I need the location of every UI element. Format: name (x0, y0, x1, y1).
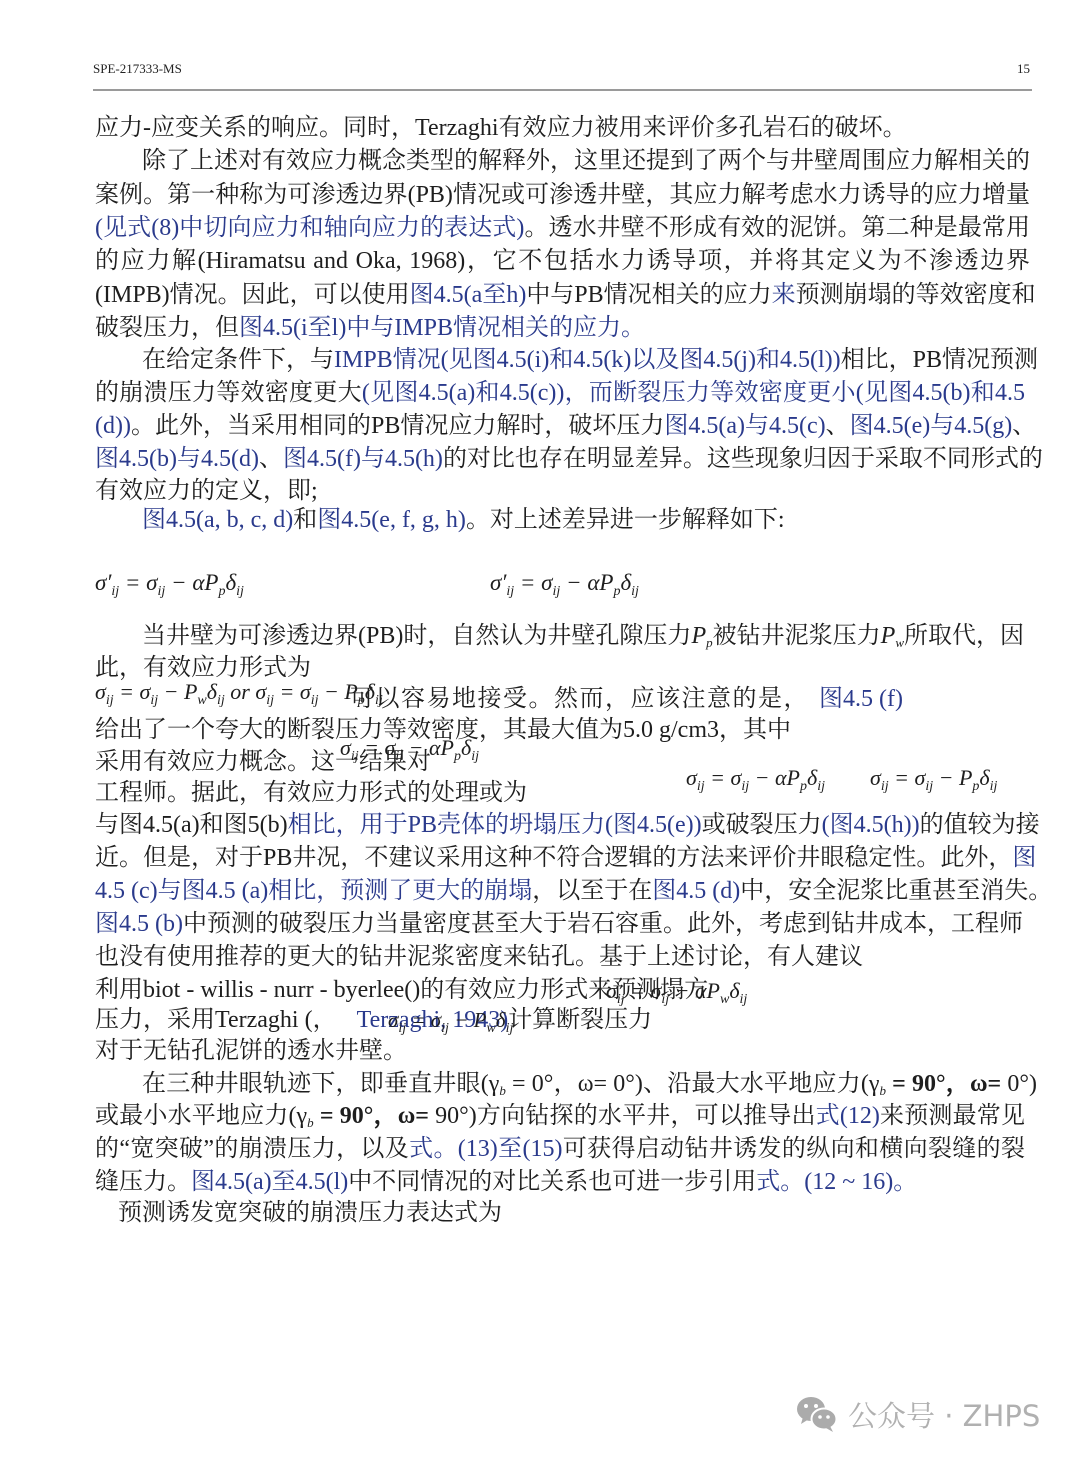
formula-subscript: ij (881, 779, 889, 794)
formula-subscript: ij (506, 584, 514, 599)
text-segment: ，以至于在 (532, 878, 652, 904)
formula-subscript: ij (441, 1021, 449, 1036)
watermark-label: 公众号 · ZHPS (848, 1394, 1040, 1435)
text-line: (见式(8)中切向应力和轴向应力的表达式)。透水井壁不形成有效的泥饼。第二种是最… (95, 212, 1030, 245)
formula-subscript: ij (398, 1021, 406, 1036)
header-divider (93, 89, 1032, 91)
text-line: 的应力解(Hiramatsu and Oka, 1968)，它不包括水力诱导项，… (95, 245, 1030, 278)
text-segment: 与图4.5(a)和图5(b) (95, 812, 288, 838)
text-line: 可以容易地接受。然而，应该注意的是，图4.5 (f) (350, 683, 903, 716)
cross-reference-link[interactable]: 图4.5 (b) (95, 911, 183, 937)
text-segment: 。透水井壁不形成有效的泥饼。第二种是最常用 (524, 215, 1030, 241)
formula-term: δ (225, 570, 236, 595)
text-line: 缝压力。图4.5(a)至4.5(l)中不同情况的对比关系也可进一步引用式。(12… (95, 1166, 917, 1199)
text-line: 图4.5(a, b, c, d)和图4.5(e, f, g, h)。对上述差异进… (142, 504, 785, 537)
text-segment: 的应力解(Hiramatsu and Oka, 1968)，它不包括水力诱导项，… (95, 248, 1030, 274)
formula-subscript: w (720, 992, 729, 1007)
pore-pressure-symbol: P (691, 623, 706, 649)
cross-reference-link[interactable]: 图4.5(a)与4.5(c) (664, 413, 825, 439)
text-segment: 采用有效应力概念。这一结果对 (95, 749, 431, 775)
formula-subscript: ij (661, 992, 669, 1007)
text-segment: 的值较为接 (920, 812, 1040, 838)
page-number: 15 (1017, 61, 1030, 77)
text-segment: 被钻井泥浆压力 (713, 623, 881, 649)
formula-subscript: ij (506, 1021, 514, 1036)
text-segment: 预测崩塌的等效密度和 (796, 282, 1036, 308)
formula-term: − αP (560, 570, 613, 595)
cross-reference-link[interactable]: 图4.5(e)与4.5(g) (850, 413, 1013, 439)
formula-term: σ (686, 765, 697, 790)
formula-term: σ (870, 765, 881, 790)
text-segment: 、 (1012, 413, 1036, 439)
formula-subscript: ij (150, 693, 158, 708)
formula-subscript: ij (697, 779, 705, 794)
text-line: 除了上述对有效应力概念类型的解释外，这里还提到了两个与井壁周围应力解相关的 (142, 145, 1030, 178)
formula-subscript: ij (925, 779, 933, 794)
text-segment: 。此外，当采用相同的PB情况应力解时，破坏压力 (131, 413, 664, 439)
document-page: SPE-217333-MS 15 应力-应变关系的响应。同时，Terzaghi有… (0, 0, 1080, 1457)
text-segment: 案例。第一种称为可渗透边界(PB)情况或可渗透井壁，其应力解考虑水力诱导的应力增… (95, 182, 1030, 208)
cross-reference-link[interactable]: (见式(8)中切向应力和轴向应力的表达式) (95, 215, 524, 241)
text-line: 与图4.5(a)和图5(b)相比，用于PB壳体的坍塌压力(图4.5(e))或破裂… (95, 809, 1030, 842)
text-segment: 近。但是，对于PB井况，不建议采用这种不符合逻辑的方法来评价井眼稳定性。此外， (95, 845, 1012, 871)
text-segment: 相比，PB情况预测 (841, 347, 1038, 373)
formula-term: = σ (114, 679, 151, 704)
formula-term: σ (388, 1008, 398, 1032)
formula-subscript: ij (217, 693, 225, 708)
cross-reference-link[interactable]: 图4.5(a至h) (410, 282, 527, 308)
text-segment: 、 (826, 413, 850, 439)
cross-reference-link[interactable]: 相比，用于PB壳体的坍塌压力(图4.5(e)) (288, 812, 702, 838)
formula-effective-stress-biot: σ′ij = σij − αPpδij (490, 566, 639, 599)
cross-reference-link[interactable]: 图4.5(a, b, c, d) (142, 507, 293, 533)
text-segment: 0°) (1001, 1071, 1037, 1097)
text-segment: (IMPB)情况。因此，可以使用 (95, 282, 410, 308)
formula-term: = σ (625, 978, 662, 1003)
text-segment: 当井壁为可渗透边界(PB)时，自然认为井壁孔隙压力 (142, 623, 691, 649)
text-line: 图4.5 (b)中预测的破裂压力当量密度甚至大于岩石容重。此外，考虑到钻井成本，… (95, 908, 1023, 941)
text-segment: 可获得启动钻井诱发的纵向和横向裂缝的裂 (562, 1136, 1025, 1162)
cross-reference-link[interactable]: 图4.5(f)与4.5(h) (283, 446, 443, 472)
formula-term: σ′ (490, 570, 506, 595)
text-segment-bold: = 90°，ω= (314, 1103, 429, 1129)
formula-subscript: ij (111, 584, 119, 599)
mud-pressure-symbol: P (881, 623, 896, 649)
formula-subscript: ij (990, 779, 998, 794)
cross-reference-link[interactable]: 图4.5(i至l)中与IMPB情况相关的应力。 (239, 315, 645, 341)
formula-term: or σ (225, 679, 266, 704)
text-segment: 可以容易地接受。然而，应该注意的是， (350, 686, 809, 712)
text-line: (d))。此外，当采用相同的PB情况应力解时，破坏压力图4.5(a)与4.5(c… (95, 410, 1030, 443)
formula-term: = σ (514, 570, 552, 595)
text-segment: 应力-应变关系的响应。同时，Terzaghi有效应力被用来评价多孔岩石的破坏。 (95, 115, 907, 141)
formula-term: − αP (749, 765, 800, 790)
text-line: 4.5 (c)与图4.5 (a)相比，预测了更大的崩塌，以至于在图4.5 (d)… (95, 875, 1030, 908)
text-line: 案例。第一种称为可渗透边界(PB)情况或可渗透井壁，其应力解考虑水力诱导的应力增… (95, 179, 1030, 212)
text-line: 在给定条件下，与IMPB情况(见图4.5(i)和4.5(k)以及图4.5(j)和… (142, 344, 1030, 377)
text-segment: 或最小水平地应力(γ (95, 1103, 307, 1129)
text-segment: 中，安全泥浆比重甚至消失。 (740, 878, 1052, 904)
formula-term: = σ (406, 1008, 441, 1032)
text-line: 的“宽突破”的崩溃压力，以及式。(13)至(15)可获得启动钻井诱发的纵向和横向… (95, 1133, 1025, 1166)
text-segment: 中与PB情况相关的应力 (526, 282, 771, 308)
cross-reference-link[interactable]: 图4.5 (f) (819, 686, 903, 712)
formula-subscript: p (454, 749, 461, 764)
formula-subscript: ij (266, 693, 274, 708)
formula-effective-stress-overlay: σij = σij − Pwδij (388, 1004, 513, 1037)
formula-effective-stress-terzaghi: σij = σij − Ppδij (870, 761, 997, 794)
formula-subscript: ij (471, 749, 479, 764)
text-segment: 对于无钻孔泥饼的透水井壁。 (95, 1038, 407, 1064)
text-segment-bold: = 90°，ω= (886, 1071, 1001, 1097)
text-line: 应力-应变关系的响应。同时，Terzaghi有效应力被用来评价多孔岩石的破坏。 (95, 112, 907, 145)
text-segment: 。对上述差异进一步解释如下: (466, 507, 785, 533)
text-line: 工程师。据此，有效应力形式的处理或为 (95, 777, 527, 810)
cross-reference-link[interactable]: 式。(12 ~ 16)。 (756, 1169, 917, 1195)
formula-term: δ (729, 978, 739, 1003)
cross-reference-link[interactable]: IMPB情况(见图4.5(i)和4.5(k)以及图4.5(j)和4.5(l)) (334, 347, 841, 373)
wechat-icon (796, 1395, 838, 1433)
text-segment: 在给定条件下，与 (142, 347, 334, 373)
text-segment: 的崩溃压力等效密度更大 (95, 380, 362, 406)
formula-term: δ (979, 765, 989, 790)
formula-term: δ (620, 570, 631, 595)
text-line: 也没有使用推荐的更大的钻井泥浆密度来钻孔。基于上述讨论，有人建议 (95, 941, 863, 974)
text-line: 对于无钻孔泥饼的透水井壁。 (95, 1035, 407, 1068)
cross-reference-link[interactable]: 图4.5(b)与4.5(d) (95, 446, 259, 472)
text-segment: 有效应力的定义，即; (95, 478, 318, 504)
formula-term: = σ (889, 765, 926, 790)
text-segment: 也没有使用推荐的更大的钻井泥浆密度来钻孔。基于上述讨论，有人建议 (95, 944, 863, 970)
text-line: 压力，采用Terzaghi (，Terzaghi, 1943)计算断裂压力 (95, 1004, 652, 1037)
text-segment: 预测诱发宽突破的崩溃压力表达式为 (118, 1200, 502, 1226)
formula-subscript: ij (236, 584, 244, 599)
formula-term: − P (933, 765, 972, 790)
cross-reference-link[interactable]: 图4.5(e, f, g, h) (317, 507, 466, 533)
formula-term: σ (606, 978, 617, 1003)
formula-subscript: ij (817, 779, 825, 794)
text-segment: 工程师。据此，有效应力形式的处理或为 (95, 780, 527, 806)
text-segment: 和 (293, 507, 317, 533)
text-segment: 中不同情况的对比关系也可进一步引用 (348, 1169, 756, 1195)
formula-subscript: ij (631, 584, 639, 599)
cross-reference-link[interactable]: (d)) (95, 413, 131, 439)
formula-subscript: w (197, 693, 206, 708)
formula-term: δ (496, 1008, 506, 1032)
cross-reference-link[interactable]: 图 (1012, 845, 1036, 871)
text-segment: 的“宽突破”的崩溃压力，以及 (95, 1136, 409, 1162)
formula-subscript: ij (740, 992, 748, 1007)
text-line: 的崩溃压力等效密度更大(见图4.5(a)和4.5(c))，而断裂压力等效密度更小… (95, 377, 1025, 410)
formula-term: = σ (119, 570, 157, 595)
formula-subscript: ij (106, 693, 114, 708)
formula-term: − αP (669, 978, 720, 1003)
cross-reference-link[interactable]: 图4.5 (d) (652, 878, 740, 904)
formula-term: σ (95, 679, 106, 704)
cross-reference-link[interactable]: 式(12) (816, 1103, 880, 1129)
text-line: 图4.5(b)与4.5(d)、图4.5(f)与4.5(h)的对比也存在明显差异。… (95, 443, 1030, 476)
formula-term: = σ (274, 679, 311, 704)
text-line: 破裂压力，但图4.5(i至l)中与IMPB情况相关的应力。 (95, 312, 645, 345)
document-id: SPE-217333-MS (93, 61, 182, 77)
text-segment: 、 (259, 446, 283, 472)
text-segment: 所取代，因 (904, 623, 1024, 649)
text-line: 采用有效应力概念。这一结果对 (95, 746, 431, 779)
text-segment: 在三种井眼轨迹下，即垂直井眼(γ (142, 1071, 499, 1097)
cross-reference-link[interactable]: 4.5 (c)与图4.5 (a)相比，预测了更大的崩塌 (95, 878, 532, 904)
watermark: 公众号 · ZHPS (796, 1392, 1040, 1436)
text-segment: 计算断裂压力 (508, 1007, 652, 1033)
text-segment: 缝压力。 (95, 1169, 191, 1195)
formula-effective-stress-inline: σij = σij − Pwδij or σij = σij − Ppδij (95, 675, 383, 708)
cross-reference-link[interactable]: (见图4.5(a)和4.5(c))，而断裂压力等效密度更小(见图4.5(b)和4… (362, 380, 1025, 406)
symbol-subscript: w (895, 635, 904, 650)
text-segment: 或破裂压力 (702, 812, 822, 838)
cross-reference-link[interactable]: 式。(13)至(15) (409, 1136, 562, 1162)
text-segment: 中预测的破裂压力当量密度甚至大于岩石容重。此外，考虑到钻井成本，工程师 (183, 911, 1023, 937)
text-line: 预测诱发宽突破的崩溃压力表达式为 (118, 1197, 502, 1230)
formula-subscript: p (800, 779, 807, 794)
text-segment: 90°)方向钻探的水平井，可以推导出 (429, 1103, 816, 1129)
formula-effective-stress-biot: σ′ij = σij − αPpδij (95, 566, 244, 599)
formula-term: = σ (705, 765, 742, 790)
formula-term: − αP (165, 570, 218, 595)
text-line: 近。但是，对于PB井况，不建议采用这种不符合逻辑的方法来评价井眼稳定性。此外，图 (95, 842, 1030, 875)
text-line: (IMPB)情况。因此，可以使用图4.5(a至h)中与PB情况相关的应力来预测崩… (95, 279, 1030, 312)
formula-term: − P (449, 1008, 487, 1032)
text-segment: 来预测最常见 (880, 1103, 1025, 1129)
formula-effective-stress-overlay: σij = σij − αPwδij (606, 974, 747, 1007)
cross-reference-link[interactable]: (图4.5(h)) (822, 812, 920, 838)
formula-term: σ′ (95, 570, 111, 595)
formula-subscript: w (486, 1021, 495, 1036)
text-segment: 破裂压力，但 (95, 315, 239, 341)
text-segment: 除了上述对有效应力概念类型的解释外，这里还提到了两个与井壁周围应力解相关的 (142, 148, 1030, 174)
formula-term: δ (807, 765, 817, 790)
cross-reference-link[interactable]: 图4.5(a)至4.5(l) (191, 1169, 348, 1195)
formula-term: − P (158, 679, 197, 704)
formula-term: δ (207, 679, 217, 704)
formula-effective-stress-biot: σij = σij − αPpδij (686, 761, 825, 794)
text-segment: 的对比也存在明显差异。这些现象归因于采取不同形式的 (443, 446, 1043, 472)
text-segment: 压力，采用Terzaghi (， (95, 1007, 337, 1033)
formula-subscript: ij (741, 779, 749, 794)
cross-reference-link[interactable]: 来 (772, 282, 796, 308)
formula-term: δ (461, 735, 471, 760)
text-segment: = 0°，ω= 0°)、沿最大水平地应力(γ (506, 1071, 880, 1097)
